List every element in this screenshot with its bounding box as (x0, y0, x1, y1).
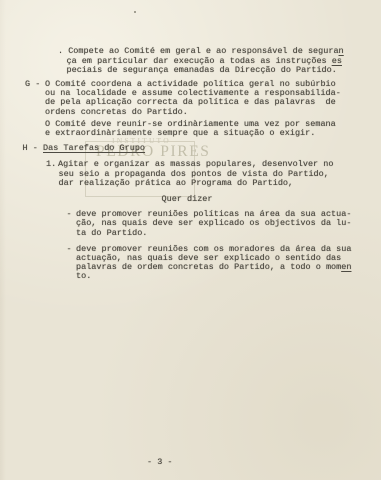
item-g-marker: G - (25, 80, 40, 90)
bullet2-dash: - (67, 245, 72, 255)
intro-line-1-hyphen-underline: n (339, 46, 344, 56)
intro-line-3: peciais de segurança emanadas da Direcçã… (67, 66, 337, 76)
item-h-marker: H - (23, 144, 38, 154)
intro-line-2-text: ça em particular dar execução a todas as… (67, 56, 332, 66)
intro-line-1-text: . Compete ao Comité em geral e ao respon… (58, 46, 339, 56)
bullet2-line-3-text: palavras de ordem concretas do Partido, … (76, 262, 341, 272)
task1-line-3: dar realização prática ao Programa do Pa… (59, 179, 294, 189)
bullet2-line-3: palavras de ordem concretas do Partido, … (76, 263, 351, 273)
intro-line-2-hyphen-underline: es (332, 56, 342, 66)
item-g-line-4: ordens concretas do Partido. (45, 108, 188, 118)
bullet1-line-3: ta do Partido. (76, 229, 147, 239)
page-number: - 3 - (147, 458, 173, 468)
item-h-heading: Das Tarefas do Grupo (43, 144, 145, 154)
bullet2-line-4: to. (76, 272, 91, 282)
task1-subheading: Quer dizer (162, 195, 213, 205)
scan-speck (134, 11, 136, 13)
task1-marker: 1. (46, 160, 56, 170)
scanned-document-page: INSTITUTO PEDRO PIRES . Compete ao Comit… (0, 0, 381, 480)
item-g-para2-line-2: e extraordinàriamente sempre que a situa… (45, 129, 315, 139)
bullet2-line-3-hyphen-underline: en (341, 262, 351, 272)
bullet1-dash: - (67, 210, 72, 220)
